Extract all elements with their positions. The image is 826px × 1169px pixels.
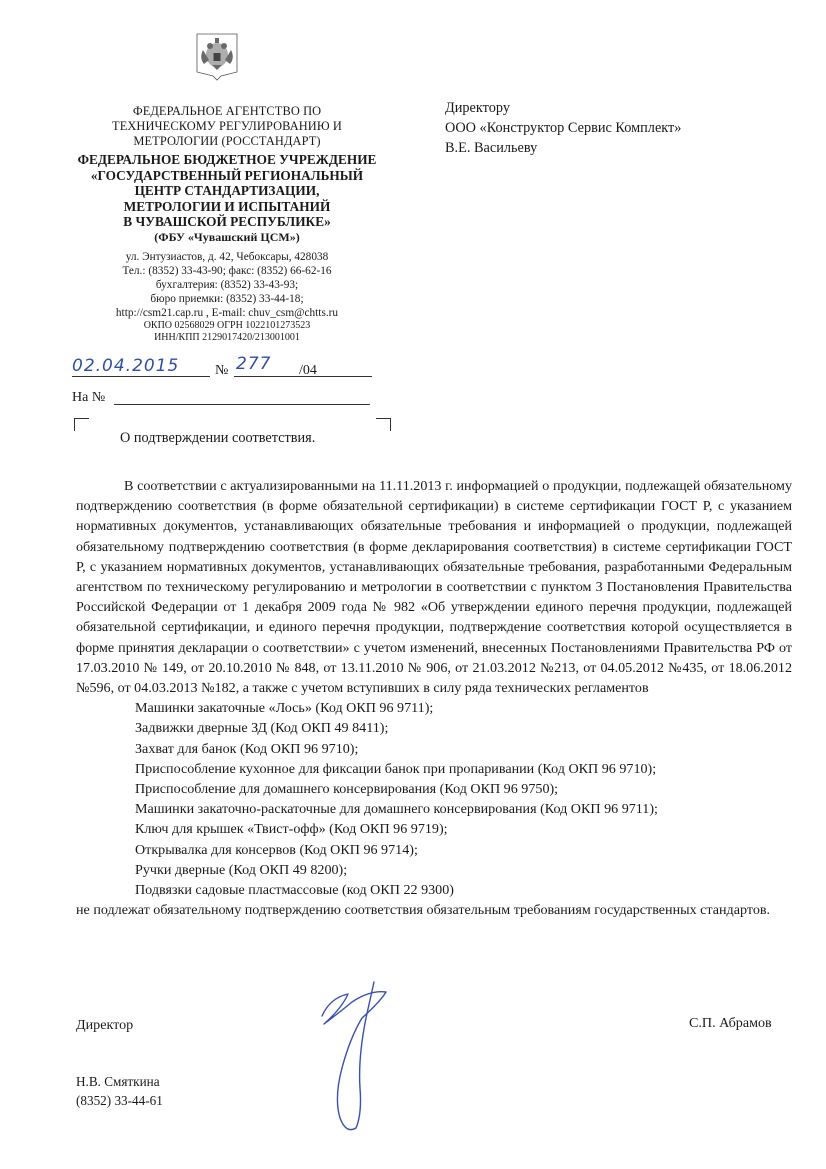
signer-title: Директор	[76, 1017, 133, 1034]
letter-subject: О подтверждении соответствия.	[120, 430, 315, 447]
number-underline	[234, 376, 372, 377]
outgoing-date: 02.04.2015	[72, 356, 179, 376]
handwritten-signature-icon	[300, 978, 420, 1138]
product-item: Задвижки дверные ЗД (Код ОКП 49 8411);	[135, 718, 792, 738]
reply-to-label: На №	[72, 390, 105, 406]
product-item: Захват для банок (Код ОКП 96 9710);	[135, 739, 792, 759]
product-item: Подвязки садовые пластмассовые (код ОКП …	[135, 880, 792, 900]
outgoing-number: 277	[236, 354, 271, 374]
number-label: №	[215, 363, 228, 379]
product-item: Приспособление для домашнего консервиров…	[135, 779, 792, 799]
subject-bracket-right	[376, 418, 391, 431]
organization-name: ФЕДЕРАЛЬНОЕ БЮДЖЕТНОЕ УЧРЕЖДЕНИЕ «ГОСУДА…	[68, 152, 386, 230]
coat-of-arms-icon	[195, 32, 239, 82]
body-intro: В соответствии с актуализированными на 1…	[76, 476, 792, 698]
product-list: Машинки закаточные «Лось» (Код ОКП 96 97…	[76, 698, 792, 900]
agency-name: ФЕДЕРАЛЬНОЕ АГЕНТСТВО ПО ТЕХНИЧЕСКОМУ РЕ…	[68, 104, 386, 149]
product-item: Машинки закаточные «Лось» (Код ОКП 96 97…	[135, 698, 792, 718]
executor-contact: Н.В. Смяткина (8352) 33-44-61	[76, 1072, 163, 1110]
organization-short-name: (ФБУ «Чувашский ЦСМ»)	[68, 230, 386, 244]
addressee: Директору ООО «Конструктор Сервис Компле…	[445, 98, 681, 158]
product-item: Приспособление кухонное для фиксации бан…	[135, 759, 792, 779]
organization-registration: ОКПО 02568029 ОГРН 1022101273523 ИНН/КПП…	[68, 320, 386, 343]
subject-bracket-left	[74, 418, 89, 431]
product-item: Ручки дверные (Код ОКП 49 8200);	[135, 860, 792, 880]
signer-name: С.П. Абрамов	[689, 1015, 772, 1032]
executor-phone: (8352) 33-44-61	[76, 1091, 163, 1110]
reply-to-underline	[114, 404, 370, 405]
product-item: Машинки закаточно-раскаточные для домашн…	[135, 799, 792, 819]
date-underline	[72, 376, 210, 377]
executor-name: Н.В. Смяткина	[76, 1072, 163, 1091]
letter-body: В соответствии с актуализированными на 1…	[76, 476, 792, 920]
organization-contacts: ул. Энтузиастов, д. 42, Чебоксары, 42803…	[68, 250, 386, 320]
body-conclusion: не подлежат обязательному подтверждению …	[76, 900, 792, 920]
product-item: Открывалка для консервов (Код ОКП 96 971…	[135, 840, 792, 860]
product-item: Ключ для крышек «Твист-офф» (Код ОКП 96 …	[135, 819, 792, 839]
